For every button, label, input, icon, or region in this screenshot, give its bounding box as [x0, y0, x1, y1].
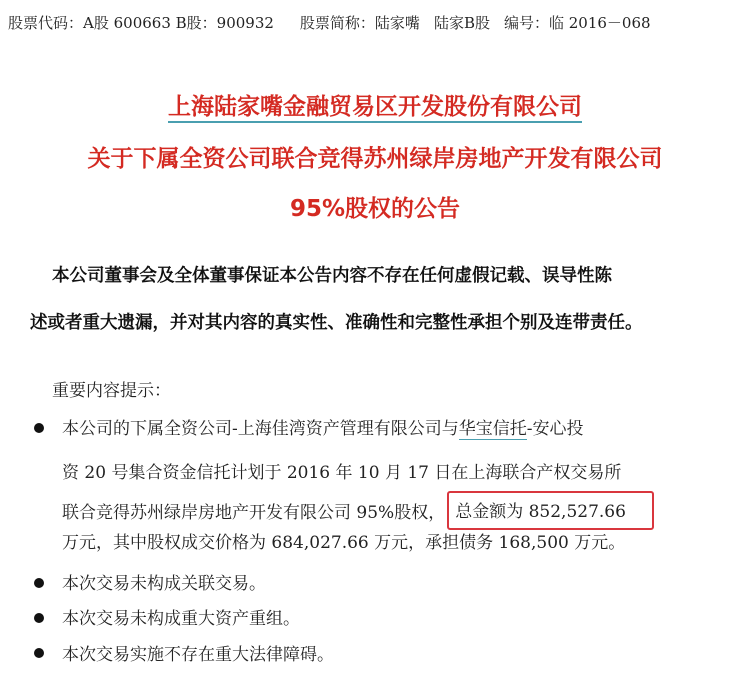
key-point-1-line2: 资 20 号集合资金信托计划于 2016 年 10 月 17 日在上海联合产权交… [62, 458, 621, 483]
text: 本公司的下属全资公司-上海佳湾资产管理有限公司与 [62, 419, 459, 439]
bullet-icon [34, 423, 44, 433]
announcement-title-line2: 关于下属全资公司联合竞得苏州绿岸房地产开发有限公司 [0, 140, 750, 173]
key-point-3: 本次交易未构成重大资产重组。 [62, 604, 300, 629]
text: 联合竞得苏州绿岸房地产开发有限公司 95%股权， [62, 503, 445, 523]
bullet-icon [34, 578, 44, 588]
stock-abbreviation-b: 陆家B股 [434, 14, 490, 32]
key-point-2: 本次交易未构成关联交易。 [62, 569, 266, 594]
stock-abbreviation: 股票简称：陆家嘴 [300, 14, 420, 32]
key-points-label: 重要内容提示： [52, 376, 171, 401]
key-point-1-line3: 联合竞得苏州绿岸房地产开发有限公司 95%股权，总金额为 852,527.66 [62, 492, 654, 531]
key-point-1-line4: 万元，其中股权成交价格为 684,027.66 万元，承担债务 168,500 … [62, 528, 625, 553]
bullet-icon [34, 613, 44, 623]
board-declaration-line2: 述或者重大遗漏，并对其内容的真实性、准确性和完整性承担个别及连带责任。 [30, 309, 730, 334]
huabao-trust-link[interactable]: 华宝信托 [459, 419, 527, 440]
bullet-icon [34, 648, 44, 658]
stock-info-header: 股票代码：A股 600663 B股：900932股票简称：陆家嘴陆家B股编号：临… [8, 12, 651, 33]
text: -安心投 [527, 419, 584, 439]
company-title: 上海陆家嘴金融贸易区开发股份有限公司 [0, 88, 750, 121]
announcement-serial: 编号：临 2016－068 [504, 14, 651, 32]
announcement-title-line3: 95%股权的公告 [0, 190, 750, 223]
company-name-link[interactable]: 上海陆家嘴金融贸易区开发股份有限公司 [168, 94, 582, 123]
total-amount-highlight: 总金额为 852,527.66 [447, 491, 654, 530]
stock-code: 股票代码：A股 600663 B股：900932 [8, 14, 274, 32]
board-declaration-line1: 本公司董事会及全体董事保证本公告内容不存在任何虚假记载、误导性陈 [52, 262, 750, 287]
key-point-1-line1: 本公司的下属全资公司-上海佳湾资产管理有限公司与华宝信托-安心投 [62, 414, 584, 439]
key-point-4: 本次交易实施不存在重大法律障碍。 [62, 640, 334, 665]
